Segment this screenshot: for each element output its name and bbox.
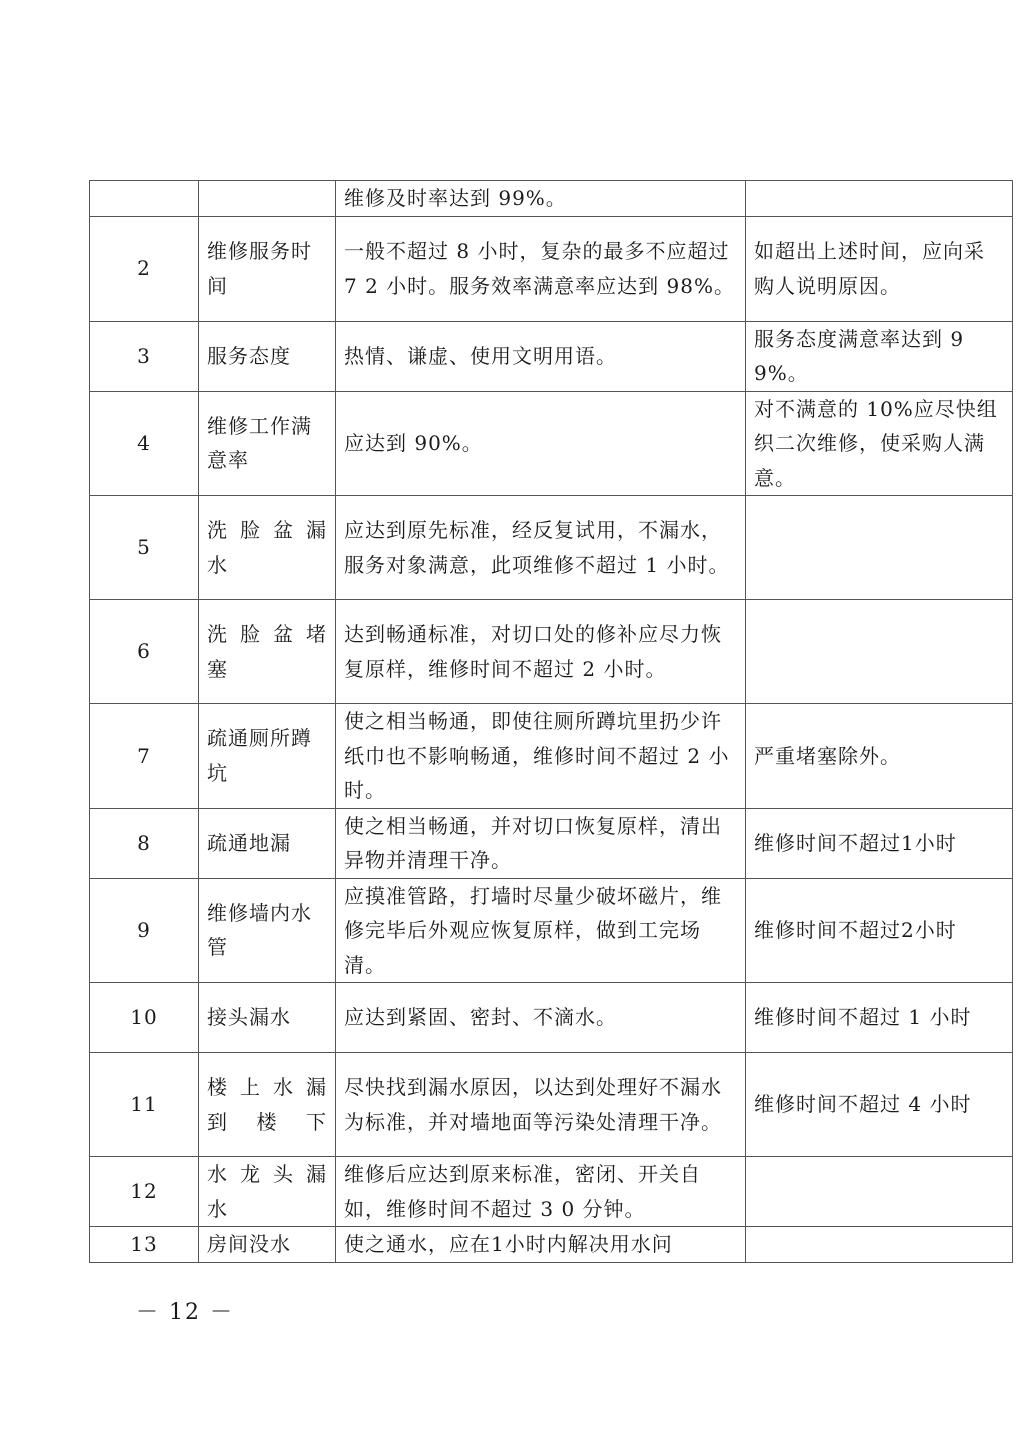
item-name-cell [199,181,336,217]
item-name-cell: 疏通地漏 [199,808,336,878]
note-cell [746,181,1013,217]
note-cell: 维修时间不超过2小时 [746,878,1013,983]
table-row: 13房间没水使之通水，应在1小时内解决用水问 [90,1227,1013,1263]
row-number-cell: 6 [90,600,199,704]
note-cell: 维修时间不超过 1 小时 [746,983,1013,1053]
standard-cell: 应达到 90%。 [336,391,746,496]
note-cell [746,600,1013,704]
item-name-cell: 水 龙 头 漏 水 [199,1157,336,1227]
note-cell: 维修时间不超过 4 小时 [746,1053,1013,1157]
item-name-cell: 洗 脸 盆 堵 塞 [199,600,336,704]
maintenance-standards-table: 维修及时率达到 99%。2维修服务时间一般不超过 8 小时，复杂的最多不应超过 … [89,180,1013,1263]
note-cell [746,496,1013,600]
row-number-cell: 8 [90,808,199,878]
row-number-cell: 10 [90,983,199,1053]
standard-cell: 热情、谦虚、使用文明用语。 [336,321,746,391]
row-number-cell: 13 [90,1227,199,1263]
table-row: 12水 龙 头 漏 水维修后应达到原来标准，密闭、开关自如，维修时间不超过 3 … [90,1157,1013,1227]
row-number-cell: 3 [90,321,199,391]
page-number: － 12 － [136,1295,234,1326]
note-cell: 维修时间不超过1小时 [746,808,1013,878]
note-cell: 对不满意的 10%应尽快组织二次维修，使采购人满意。 [746,391,1013,496]
standard-cell: 应达到原先标准，经反复试用，不漏水，服务对象满意，此项维修不超过 1 小时。 [336,496,746,600]
note-cell: 如超出上述时间，应向采购人说明原因。 [746,216,1013,321]
note-cell: 严重堵塞除外。 [746,704,1013,809]
table-row: 9维修墙内水管应摸准管路，打墙时尽量少破坏磁片，维修完毕后外观应恢复原样，做到工… [90,878,1013,983]
standard-cell: 应达到紧固、密封、不滴水。 [336,983,746,1053]
note-cell [746,1157,1013,1227]
table-row: 11楼 上 水 漏到楼下尽快找到漏水原因，以达到处理好不漏水为标准，并对墙地面等… [90,1053,1013,1157]
standard-cell: 达到畅通标准，对切口处的修补应尽力恢复原样，维修时间不超过 2 小时。 [336,600,746,704]
item-name-cell: 洗 脸 盆 漏 水 [199,496,336,600]
note-cell [746,1227,1013,1263]
standard-cell: 维修后应达到原来标准，密闭、开关自如，维修时间不超过 3 0 分钟。 [336,1157,746,1227]
standard-cell: 使之相当畅通，并对切口恢复原样，清出异物并清理干净。 [336,808,746,878]
item-name-cell: 房间没水 [199,1227,336,1263]
standard-cell: 维修及时率达到 99%。 [336,181,746,217]
item-name-cell: 疏通厕所蹲坑 [199,704,336,809]
row-number-cell [90,181,199,217]
standard-cell: 一般不超过 8 小时，复杂的最多不应超过 7 2 小时。服务效率满意率应达到 9… [336,216,746,321]
standard-cell: 尽快找到漏水原因，以达到处理好不漏水为标准，并对墙地面等污染处清理干净。 [336,1053,746,1157]
item-name-cell: 维修墙内水管 [199,878,336,983]
standard-cell: 应摸准管路，打墙时尽量少破坏磁片，维修完毕后外观应恢复原样，做到工完场清。 [336,878,746,983]
standard-cell: 使之相当畅通，即使往厕所蹲坑里扔少许纸巾也不影响畅通，维修时间不超过 2 小时。 [336,704,746,809]
table-row: 2维修服务时间一般不超过 8 小时，复杂的最多不应超过 7 2 小时。服务效率满… [90,216,1013,321]
row-number-cell: 7 [90,704,199,809]
table-row: 5洗 脸 盆 漏 水应达到原先标准，经反复试用，不漏水，服务对象满意，此项维修不… [90,496,1013,600]
item-name-cell: 楼 上 水 漏到楼下 [199,1053,336,1157]
row-number-cell: 9 [90,878,199,983]
item-name-cell: 接头漏水 [199,983,336,1053]
standard-cell: 使之通水，应在1小时内解决用水问 [336,1227,746,1263]
document-page: 维修及时率达到 99%。2维修服务时间一般不超过 8 小时，复杂的最多不应超过 … [0,0,1024,1448]
row-number-cell: 5 [90,496,199,600]
table-row: 4维修工作满意率应达到 90%。对不满意的 10%应尽快组织二次维修，使采购人满… [90,391,1013,496]
row-number-cell: 12 [90,1157,199,1227]
table-row: 8疏通地漏使之相当畅通，并对切口恢复原样，清出异物并清理干净。维修时间不超过1小… [90,808,1013,878]
table-row: 3服务态度热情、谦虚、使用文明用语。服务态度满意率达到 99%。 [90,321,1013,391]
table-row: 10接头漏水应达到紧固、密封、不滴水。维修时间不超过 1 小时 [90,983,1013,1053]
row-number-cell: 11 [90,1053,199,1157]
item-name-cell: 维修服务时间 [199,216,336,321]
table-row: 维修及时率达到 99%。 [90,181,1013,217]
table-row: 7疏通厕所蹲坑使之相当畅通，即使往厕所蹲坑里扔少许纸巾也不影响畅通，维修时间不超… [90,704,1013,809]
table-row: 6洗 脸 盆 堵 塞达到畅通标准，对切口处的修补应尽力恢复原样，维修时间不超过 … [90,600,1013,704]
row-number-cell: 4 [90,391,199,496]
item-name-cell: 维修工作满意率 [199,391,336,496]
item-name-cell: 服务态度 [199,321,336,391]
note-cell: 服务态度满意率达到 99%。 [746,321,1013,391]
row-number-cell: 2 [90,216,199,321]
